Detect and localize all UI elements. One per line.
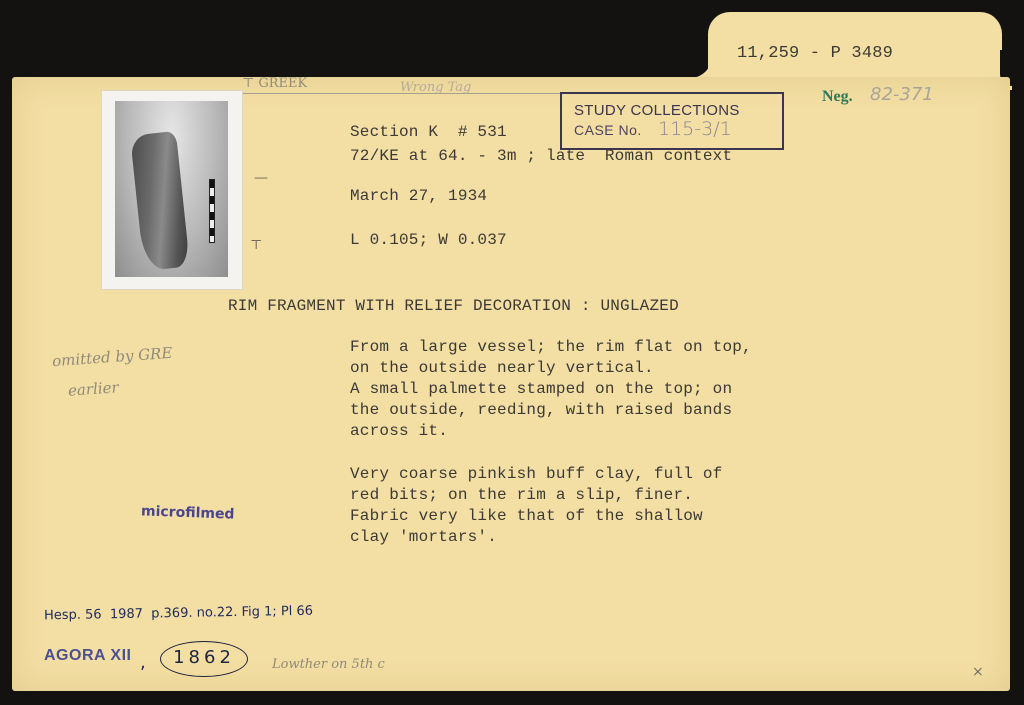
description-line: A small palmette stamped on the top; on	[350, 380, 732, 398]
pencil-mark-dash: —	[254, 170, 268, 186]
catalog-number: 11,259 - P 3489	[737, 44, 893, 63]
agora-number-circle: 1862	[160, 641, 248, 677]
fabric-line: red bits; on the rim a slip, finer.	[350, 486, 693, 504]
stamp-case-number: 115-3/1	[658, 118, 732, 140]
find-date: March 27, 1934	[350, 187, 487, 205]
agora-number: 1862	[161, 647, 247, 668]
section-line: Section K # 531	[350, 123, 507, 141]
agora-stamp: AGORA XII	[44, 647, 131, 665]
fabric-line: Fabric very like that of the shallow	[350, 507, 703, 525]
photo-background	[115, 101, 228, 277]
dimensions: L 0.105; W 0.037	[350, 231, 507, 249]
fabric-line: Very coarse pinkish buff clay, full of	[350, 465, 722, 483]
pencil-greek-note: ⊤ GREEK	[242, 76, 307, 91]
study-collections-stamp: STUDY COLLECTIONS CASE No. 115-3/1	[560, 92, 784, 150]
fabric-line: clay 'mortars'.	[350, 528, 497, 546]
corner-x-mark: ×	[972, 664, 984, 680]
rim-fragment-image	[130, 131, 190, 271]
pencil-earlier-note: earlier	[67, 378, 119, 399]
pencil-bottom-note: Lowther on 5th c	[272, 657, 385, 672]
stamp-case-label: CASE No.	[574, 122, 642, 138]
neg-value: 82-371	[870, 84, 934, 105]
microfilmed-stamp: microfilmed	[141, 503, 235, 522]
object-title: RIM FRAGMENT WITH RELIEF DECORATION : UN…	[228, 297, 679, 315]
artifact-photo	[101, 90, 243, 290]
agora-comma: ,	[140, 652, 146, 673]
scale-bar-icon	[209, 179, 215, 243]
context-line: 72/KE at 64. - 3m ; late Roman context	[350, 147, 732, 165]
pencil-mark-t: ⊤	[250, 238, 262, 253]
pencil-wrong-tag-note: Wrong Tag	[400, 80, 471, 95]
description-line: on the outside nearly vertical.	[350, 359, 654, 377]
description-line: the outside, reeding, with raised bands	[350, 401, 732, 419]
description-line: From a large vessel; the rim flat on top…	[350, 338, 752, 356]
neg-label: Neg.	[822, 88, 853, 106]
stamp-title: STUDY COLLECTIONS	[574, 102, 740, 119]
description-line: across it.	[350, 422, 448, 440]
